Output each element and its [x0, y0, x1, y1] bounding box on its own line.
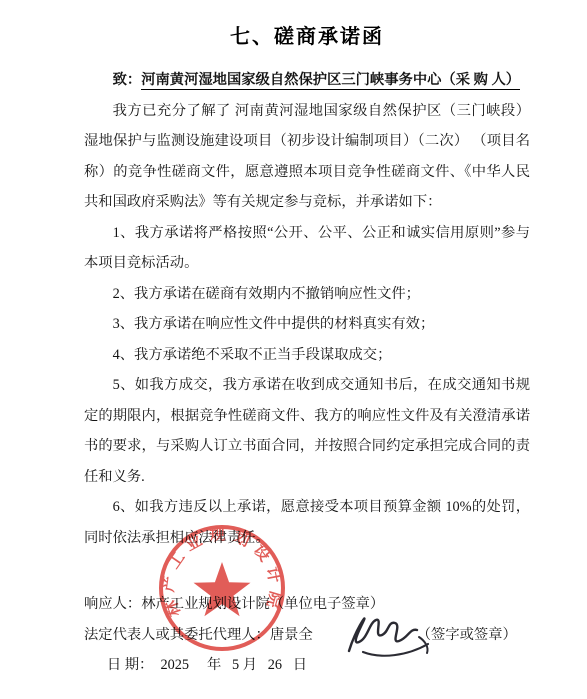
sign-note: （签字或签章） [417, 620, 517, 651]
addressee-line: 致：河南黄河湿地国家级自然保护区三门峡事务中心（采 购 人） [84, 65, 530, 96]
commitment-item-6: 6、如我方违反以上承诺，愿意接受本项目预算金额 10%的处罚，同时依法承担相应法… [84, 492, 530, 553]
commitment-item-4: 4、我方承诺绝不采取不正当手段谋取成交； [84, 340, 530, 371]
legal-rep-label: 法定代表人或其委托代理人： [84, 627, 270, 643]
commitment-item-1: 1、我方承诺将严格按照“公开、公平、公正和诚实信用原则”参与本项目竞标活动。 [84, 218, 530, 279]
document-body: 七、磋商承诺函 致：河南黄河湿地国家级自然保护区三门峡事务中心（采 购 人） 我… [0, 0, 587, 681]
commitment-letter-page: 七、磋商承诺函 致：河南黄河湿地国家级自然保护区三门峡事务中心（采 购 人） 我… [0, 0, 587, 699]
respondent-line: 响应人：林产工业规划设计院（单位电子签章） [84, 589, 530, 620]
intro-paragraph: 我方已充分了解了 河南黄河湿地国家级自然保护区（三门峡段）湿地保护与监测设施建设… [84, 96, 530, 218]
respondent-label: 响应人： [84, 596, 141, 612]
commitment-item-2: 2、我方承诺在磋商有效期内不撤销响应性文件； [84, 279, 530, 310]
commitment-item-5: 5、如我方成交，我方承诺在收到成交通知书后，在成交通知书规定的期限内，根据竞争性… [84, 370, 530, 492]
addressee-label: 致： [113, 72, 142, 88]
page-title: 七、磋商承诺函 [84, 20, 530, 49]
commitment-item-3: 3、我方承诺在响应性文件中提供的材料真实有效； [84, 309, 530, 340]
addressee-name: 河南黄河湿地国家级自然保护区三门峡事务中心（采 购 人） [141, 72, 520, 90]
legal-rep-name: 唐景全 [270, 627, 313, 643]
date-line: 日 期： 2025 年 5 月 26 日 [84, 650, 530, 681]
legal-rep-line: 法定代表人或其委托代理人：唐景全（签字或签章） [84, 620, 530, 651]
respondent-name: 林产工业规划设计院（单位电子签章） [141, 596, 384, 612]
